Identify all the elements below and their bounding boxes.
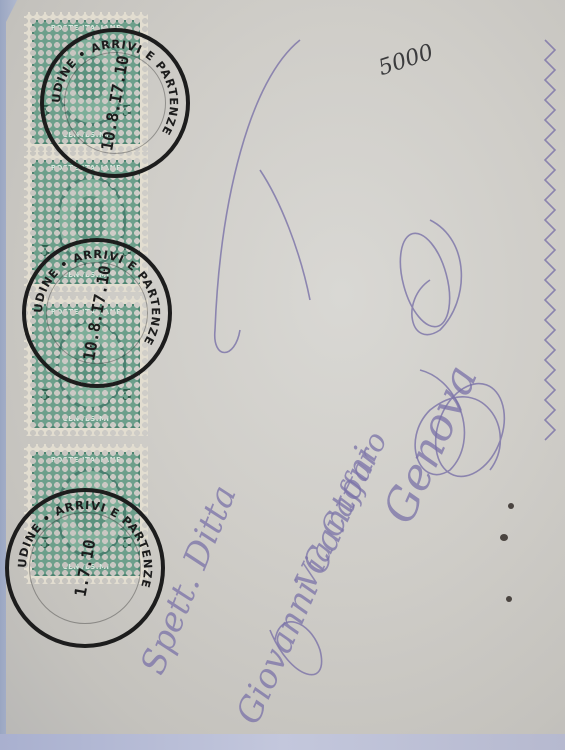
king-portrait-icon bbox=[74, 196, 106, 240]
postmark-date: 10.8.I7.10 bbox=[79, 264, 114, 362]
stamp-top-label: POSTE ITALIANE bbox=[34, 456, 138, 464]
postmark-date: 10.8.I7.10 bbox=[97, 54, 132, 152]
stamp-value: 5 bbox=[40, 386, 50, 404]
stain bbox=[508, 503, 514, 509]
postmark-ring-text: UDINE • ARRIVI E PARTENZE bbox=[15, 498, 155, 590]
postmark-ring-text: UDINE • ARRIVI E PARTENZE bbox=[31, 247, 163, 348]
stain bbox=[506, 596, 512, 602]
svg-text:UDINE • ARRIVI E PARTENZE: UDINE • ARRIVI E PARTENZE bbox=[15, 498, 155, 590]
stamp-bottom-label: CENTESIMI bbox=[34, 415, 138, 423]
postmark: UDINE • ARRIVI E PARTENZE 1.7.10 bbox=[5, 488, 165, 648]
postmark: UDINE • ARRIVI E PARTENZE 10.8.I7.10 bbox=[22, 238, 172, 388]
postmark-date: 1.7.10 bbox=[71, 538, 100, 598]
svg-text:UDINE • ARRIVI E PARTENZE: UDINE • ARRIVI E PARTENZE bbox=[31, 247, 163, 348]
svg-text:UDINE • ARRIVI E PARTENZE: UDINE • ARRIVI E PARTENZE bbox=[49, 37, 181, 138]
postmark-ring-text: UDINE • ARRIVI E PARTENZE bbox=[49, 37, 181, 138]
stamp-value: 5 bbox=[122, 386, 132, 404]
postmark: UDINE • ARRIVI E PARTENZE 10.8.I7.10 bbox=[40, 28, 190, 178]
stain bbox=[500, 534, 508, 541]
